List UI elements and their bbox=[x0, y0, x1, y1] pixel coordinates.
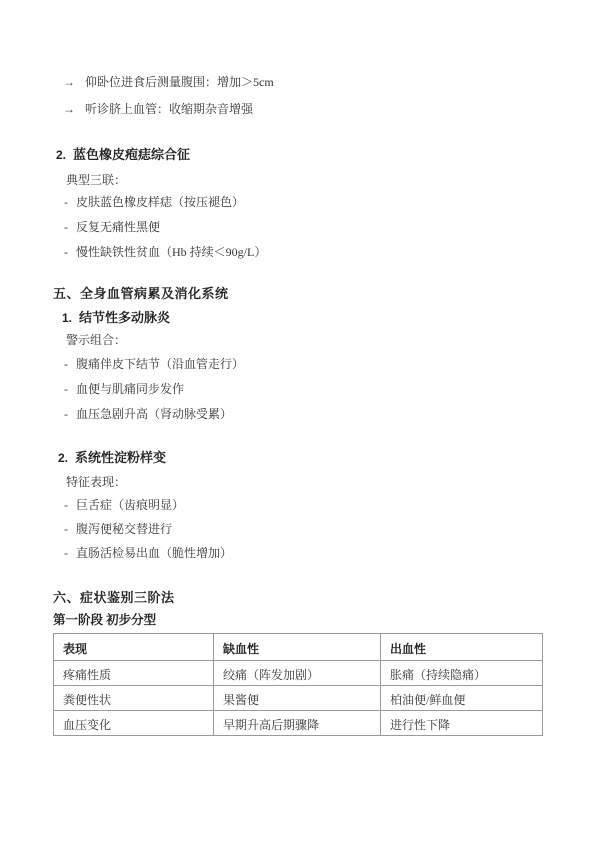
bullet-item: - 腹泻便秘交替进行 bbox=[64, 522, 172, 536]
bullet-text: 慢性缺铁性贫血（Hb 持续＜90g/L） bbox=[76, 245, 266, 259]
bullet-item: - 直肠活检易出血（脆性增加） bbox=[64, 546, 232, 560]
arrow-bullet-icon: → bbox=[63, 75, 85, 89]
bullet-text: 血便与肌痛同步发作 bbox=[76, 382, 184, 396]
table-header-cell: 缺血性 bbox=[214, 634, 381, 661]
dash-bullet-icon: - bbox=[64, 220, 76, 234]
table-cell: 粪便性状 bbox=[54, 686, 214, 711]
arrow-item-text: 听诊脐上血管：收缩期杂音增强 bbox=[85, 102, 253, 116]
arrow-item-text: 仰卧位进食后测量腹围：增加＞5cm bbox=[85, 75, 274, 89]
heading-title: 系统性淀粉样变 bbox=[75, 451, 166, 465]
bullet-text: 腹痛伴皮下结节（沿血管走行） bbox=[76, 357, 244, 371]
table-cell: 血压变化 bbox=[54, 711, 214, 736]
section-heading: 六、症状鉴别三阶法 bbox=[53, 591, 175, 605]
table-cell: 进行性下降 bbox=[381, 711, 543, 736]
bullet-item: - 腹痛伴皮下结节（沿血管走行） bbox=[64, 357, 244, 371]
list-label: 警示组合： bbox=[66, 333, 126, 347]
arrow-list-item: → 听诊脐上血管：收缩期杂音增强 bbox=[63, 102, 253, 116]
table-cell: 疼痛性质 bbox=[54, 661, 214, 686]
bullet-item: - 血压急剧升高（肾动脉受累） bbox=[64, 407, 232, 421]
table-header-row: 表现 缺血性 出血性 bbox=[54, 634, 543, 661]
dash-bullet-icon: - bbox=[64, 498, 76, 512]
arrow-list-item: → 仰卧位进食后测量腹围：增加＞5cm bbox=[63, 75, 274, 89]
bullet-item: - 巨舌症（齿痕明显） bbox=[64, 498, 184, 512]
bullet-item: - 血便与肌痛同步发作 bbox=[64, 382, 184, 396]
bullet-text: 腹泻便秘交替进行 bbox=[76, 522, 172, 536]
document-page: → 仰卧位进食后测量腹围：增加＞5cm → 听诊脐上血管：收缩期杂音增强 2. … bbox=[0, 0, 595, 841]
dash-bullet-icon: - bbox=[64, 357, 76, 371]
differential-table: 表现 缺血性 出血性 疼痛性质 绞痛（阵发加剧） 胀痛（持续隐痛） 粪便性状 果… bbox=[53, 633, 543, 736]
numbered-heading: 1. 结节性多动脉炎 bbox=[62, 311, 170, 325]
bullet-text: 血压急剧升高（肾动脉受累） bbox=[76, 407, 232, 421]
arrow-bullet-icon: → bbox=[63, 102, 85, 116]
heading-number: 2. bbox=[56, 148, 66, 162]
table-cell: 胀痛（持续隐痛） bbox=[381, 661, 543, 686]
numbered-heading: 2. 系统性淀粉样变 bbox=[58, 451, 166, 465]
bullet-text: 巨舌症（齿痕明显） bbox=[76, 498, 184, 512]
list-label: 特征表现： bbox=[66, 475, 126, 489]
bullet-item: - 皮肤蓝色橡皮样痣（按压褪色） bbox=[64, 195, 244, 209]
table-row: 血压变化 早期升高后期骤降 进行性下降 bbox=[54, 711, 543, 736]
table-header-cell: 出血性 bbox=[381, 634, 543, 661]
dash-bullet-icon: - bbox=[64, 522, 76, 536]
heading-title: 蓝色橡皮疱痣综合征 bbox=[73, 148, 190, 162]
dash-bullet-icon: - bbox=[64, 407, 76, 421]
table-cell: 柏油便/鲜血便 bbox=[381, 686, 543, 711]
list-label: 典型三联： bbox=[66, 173, 126, 187]
bullet-item: - 慢性缺铁性贫血（Hb 持续＜90g/L） bbox=[64, 245, 266, 259]
bullet-text: 皮肤蓝色橡皮样痣（按压褪色） bbox=[76, 195, 244, 209]
bullet-text: 直肠活检易出血（脆性增加） bbox=[76, 546, 232, 560]
bullet-item: - 反复无痛性黑便 bbox=[64, 220, 160, 234]
table-cell: 果酱便 bbox=[214, 686, 381, 711]
stage-heading: 第一阶段 初步分型 bbox=[53, 613, 156, 627]
dash-bullet-icon: - bbox=[64, 382, 76, 396]
table-cell: 绞痛（阵发加剧） bbox=[214, 661, 381, 686]
heading-number: 1. bbox=[62, 311, 72, 325]
heading-title: 结节性多动脉炎 bbox=[79, 311, 170, 325]
dash-bullet-icon: - bbox=[64, 546, 76, 560]
dash-bullet-icon: - bbox=[64, 245, 76, 259]
table-row: 疼痛性质 绞痛（阵发加剧） 胀痛（持续隐痛） bbox=[54, 661, 543, 686]
section-heading: 五、全身血管病累及消化系统 bbox=[53, 287, 229, 301]
heading-number: 2. bbox=[58, 451, 68, 465]
table-cell: 早期升高后期骤降 bbox=[214, 711, 381, 736]
dash-bullet-icon: - bbox=[64, 195, 76, 209]
numbered-heading: 2. 蓝色橡皮疱痣综合征 bbox=[56, 148, 190, 162]
bullet-text: 反复无痛性黑便 bbox=[76, 220, 160, 234]
table-row: 粪便性状 果酱便 柏油便/鲜血便 bbox=[54, 686, 543, 711]
table-header-cell: 表现 bbox=[54, 634, 214, 661]
